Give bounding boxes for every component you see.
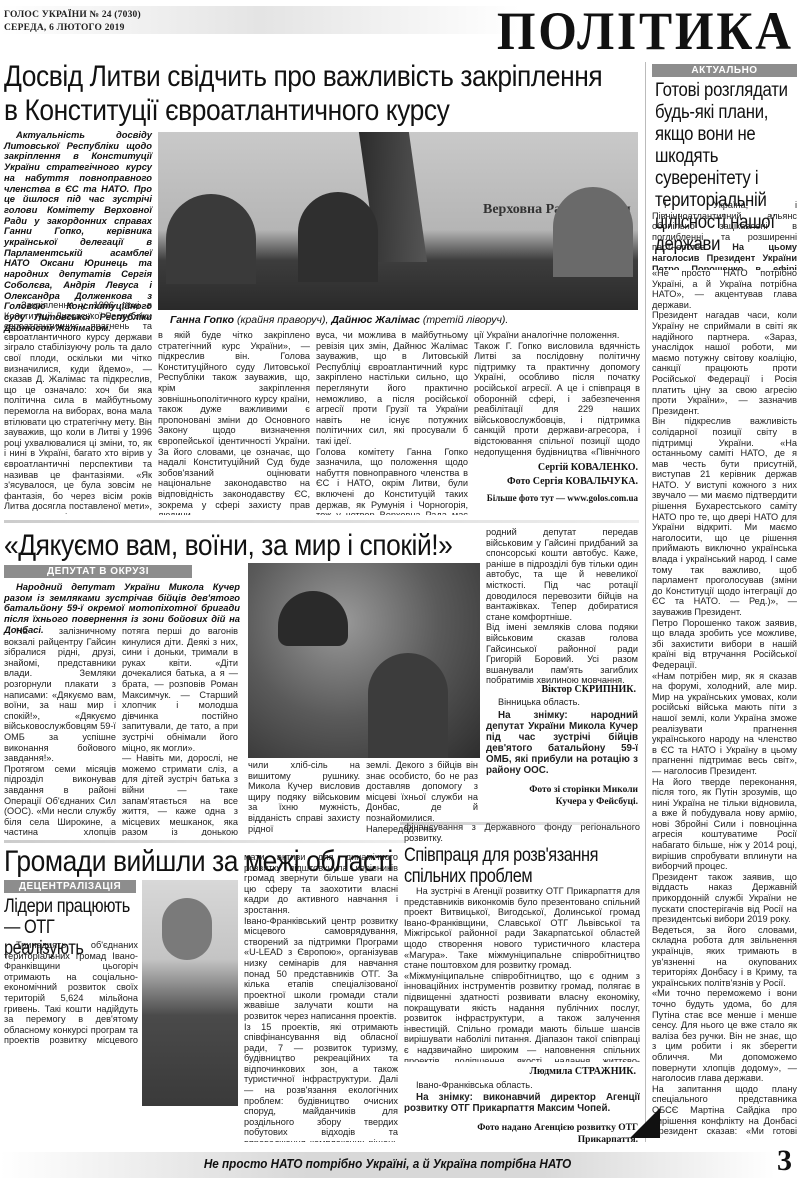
masthead-meta: ГОЛОС УКРАЇНИ № 24 (7030) СЕРЕДА, 6 ЛЮТО… [4,9,141,35]
article3-subhead2: Співпраця для розв'язання спільних пробл… [404,845,628,887]
divider [4,520,639,523]
article2-author: Віктор СКРИПНИК. [486,684,636,696]
sidebar-rubric: АКТУАЛЬНО [652,64,797,77]
article3-col1-bottom [4,1046,240,1142]
article2-title: «Дякуємо вам, воїни, за мир і спокій!» [4,528,497,564]
article2-col5: родний депутат передав військовим у Гайс… [486,527,638,685]
person-right [553,187,633,277]
article1-more-photos-link[interactable]: Більше фото тут — www.golos.com.ua [474,492,638,504]
article1-col1: «Закріплення у 1996 році в Конституції Л… [4,300,152,515]
article2-col1: На залізничному вокзалі райцентру Гайсин… [4,626,116,836]
article3-photo-caption: На знімку: виконавчий директор Агенції р… [404,1092,640,1114]
caption-name1: Ганна Гопко [170,314,234,326]
article3-rubric: ДЕЦЕНТРАЛІЗАЦІЯ [4,880,136,893]
article2-photo-caption: На знімку: народний депутат України Мико… [486,710,638,776]
issue-date: СЕРЕДА, 6 ЛЮТОГО 2019 [4,22,141,35]
article3-col3-lead: фінансування з Державного фонду регіонал… [404,822,640,843]
article2-photo [248,563,480,758]
caption-note2: (третій ліворуч). [420,314,508,326]
page-number: 3 [777,1144,792,1178]
article3-col2: мати активи для динамічного розвитку під… [244,852,398,1142]
article1-title-line2: в Конституції євроатлантичного курсу [4,94,638,128]
caption-note1: (крайня праворуч), [234,314,331,326]
article1-title-line1: Досвід Литви свідчить про важливість зак… [4,60,638,94]
caption-name2: Дайнюс Жалімас [331,314,420,326]
article3-col1-top: Тринадцять об'єднаних територіальних гро… [4,940,138,1045]
article1-photo: Верховна Рада України [158,132,638,310]
person-face [162,898,212,960]
article1-lead: Актуальність досвіду Литовської Республі… [4,130,152,300]
article1-col3: вуса, чи можлива в майбутньому ревізія ц… [316,330,468,515]
person-center [298,192,378,282]
divider [4,840,404,843]
article1-author: Сергій КОВАЛЕНКО. [474,462,638,474]
sidebar-divider [645,62,646,1142]
article1-col1-text: «Закріплення у 1996 році в Конституції Л… [4,300,152,515]
article3-region: Івано-Франківська область. [404,1080,636,1091]
article3-col3: На зустрічі в Агенції розвитку ОТГ Прика… [404,886,640,1062]
article1-title: Досвід Литви свідчить про важливість зак… [4,60,638,128]
article1-photo-credit: Фото Сергія КОВАЛЬЧУКА. [474,476,638,488]
paper-issue: ГОЛОС УКРАЇНИ № 24 (7030) [4,9,141,22]
person-left [166,194,256,284]
article2-region: Вінницька область. [486,697,636,708]
footer-slogan: Не просто НАТО потрібно Україні, а й Укр… [39,1156,737,1171]
person-hat [278,591,348,646]
article1-photo-caption: Ганна Гопко (крайня праворуч), Дайнюс Жа… [170,314,640,326]
person-deputy [368,653,448,758]
article3-photo-credit: Фото надано Агенцією розвитку ОТГ Прикар… [450,1122,638,1146]
section-title: ПОЛІТИКА [497,2,794,60]
article3-author: Людмила СТРАЖНИК. [404,1066,636,1078]
article2-col3: чили хліб-сіль на вишитому рушнику. Мико… [248,760,360,840]
sidebar-body: «Не просто НАТО потрібно Україні, а й Ук… [652,268,797,1138]
article2-photo-credit: Фото зі сторінки Миколи Кучера у Фейсбуц… [510,784,638,808]
sidebar-lead: І Україна, і Північноатлантичний альянс … [652,200,797,270]
article2-rubric: ДЕПУТАТ В ОКРУЗІ [4,565,192,578]
article2-col2: потяга перші до вагонів кинулися діти. Д… [122,626,238,836]
article1-col4: ції України аналогічне положення. Також … [474,330,640,458]
article1-col2: в якій буде чітко закріплено стратегічни… [158,330,310,515]
